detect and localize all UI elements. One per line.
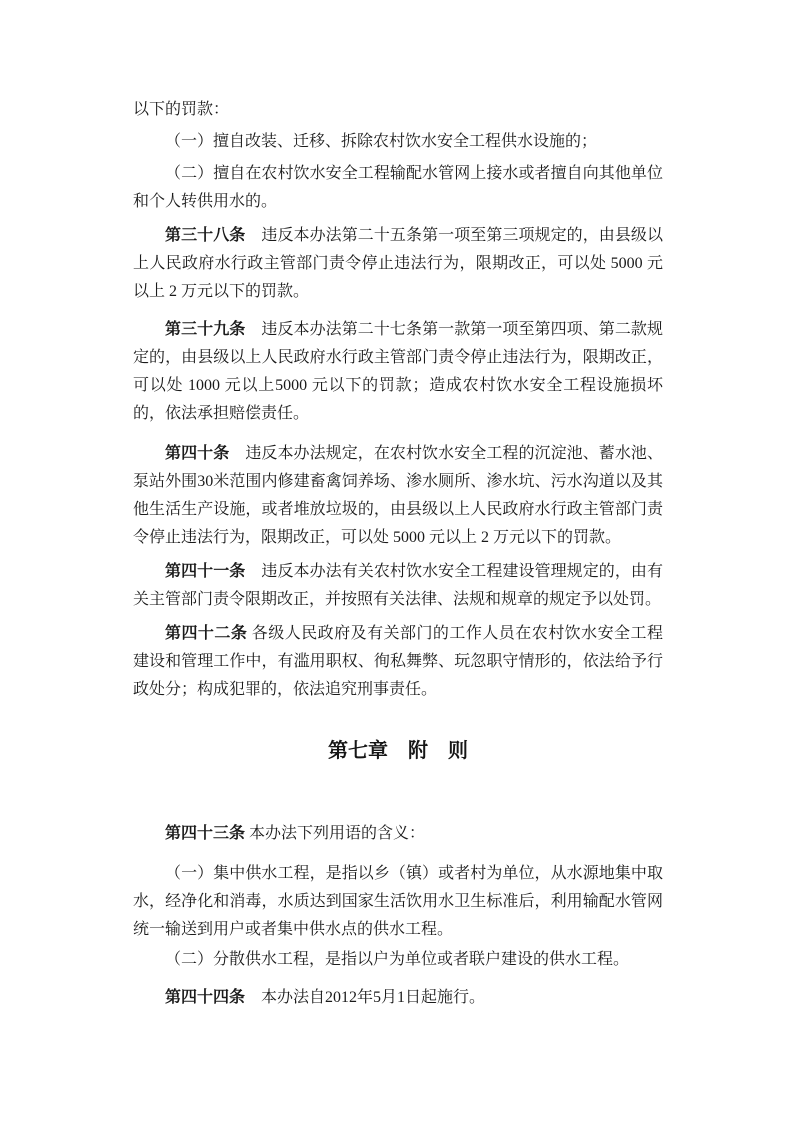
article-41-number: 第四十一条: [165, 563, 245, 580]
definition-item-1: （一）集中供水工程，是指以乡（镇）或者村为单位，从水源地集中取水，经净化和消毒，…: [133, 860, 663, 944]
paragraph-text: （一）集中供水工程，是指以乡（镇）或者村为单位，从水源地集中取水，经净化和消毒，…: [133, 865, 663, 938]
article-43: 第四十三条 本办法下列用语的含义：: [133, 820, 663, 848]
chapter-7-heading: 第七章 附 则: [133, 738, 663, 764]
paragraph-text: （二）分散供水工程，是指以户为单位或者联户建设的供水工程。: [165, 951, 629, 968]
paragraph-text: 本办法自2012年5月1日起施行。: [245, 989, 485, 1006]
list-item-1: （一）擅自改装、迁移、拆除农村饮水安全工程供水设施的；: [133, 128, 663, 156]
article-44-number: 第四十四条: [165, 989, 245, 1006]
article-43-number: 第四十三条: [165, 825, 245, 842]
document-page: 以下的罚款： （一）擅自改装、迁移、拆除农村饮水安全工程供水设施的； （二）擅自…: [0, 0, 793, 1122]
paragraph-text: （一）擅自改装、迁移、拆除农村饮水安全工程供水设施的；: [165, 133, 597, 150]
definition-item-2: （二）分散供水工程，是指以户为单位或者联户建设的供水工程。: [133, 946, 663, 974]
article-39-number: 第三十九条: [165, 321, 245, 338]
article-41: 第四十一条 违反本办法有关农村饮水安全工程建设管理规定的，由有关主管部门责令限期…: [133, 558, 663, 614]
article-42: 第四十二条 各级人民政府及有关部门的工作人员在农村饮水安全工程建设和管理工作中，…: [133, 620, 663, 704]
article-38: 第三十八条 违反本办法第二十五条第一项至第三项规定的，由县级以上人民政府水行政主…: [133, 222, 663, 306]
list-item-2: （二）擅自在农村饮水安全工程输配水管网上接水或者擅自向其他单位和个人转供用水的。: [133, 160, 663, 216]
article-42-number: 第四十二条: [165, 625, 247, 642]
paragraph-text: 以下的罚款：: [133, 101, 229, 118]
article-44: 第四十四条 本办法自2012年5月1日起施行。: [133, 984, 663, 1012]
article-38-number: 第三十八条: [165, 227, 245, 244]
article-40-number: 第四十条: [165, 445, 229, 462]
paragraph-text: （二）擅自在农村饮水安全工程输配水管网上接水或者擅自向其他单位和个人转供用水的。: [133, 165, 663, 210]
article-39: 第三十九条 违反本办法第二十七条第一款第一项至第四项、第二款规定的，由县级以上人…: [133, 316, 663, 428]
article-40: 第四十条 违反本办法规定，在农村饮水安全工程的沉淀池、蓄水池、泵站外围30米范围…: [133, 440, 663, 552]
paragraph-text: 本办法下列用语的含义：: [245, 825, 425, 842]
paragraph-penalty-intro: 以下的罚款：: [133, 96, 663, 124]
